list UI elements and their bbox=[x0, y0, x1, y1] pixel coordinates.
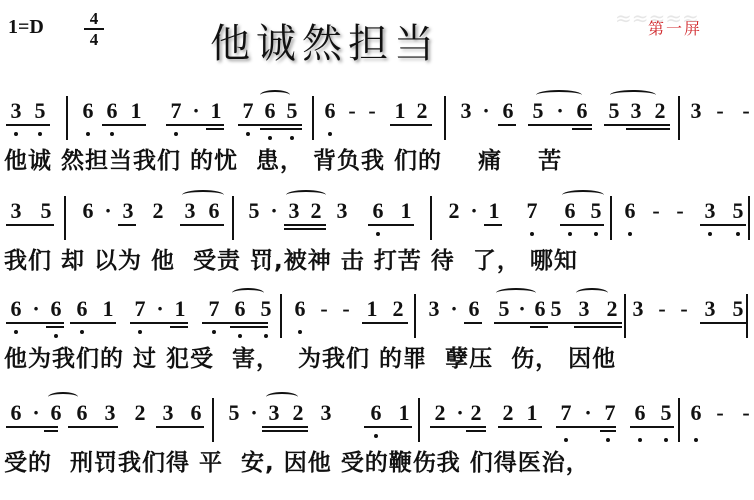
underline bbox=[70, 322, 116, 324]
note: 1 bbox=[172, 296, 188, 322]
note: 6 bbox=[292, 296, 308, 322]
slur bbox=[182, 190, 224, 200]
underline bbox=[170, 326, 188, 328]
note: 1 bbox=[398, 198, 414, 224]
barline bbox=[430, 196, 432, 240]
underline bbox=[530, 326, 548, 328]
note: 6 bbox=[74, 296, 90, 322]
low-octave-dot bbox=[246, 132, 250, 136]
underline bbox=[630, 426, 674, 428]
note: 5 bbox=[730, 296, 746, 322]
note: 7 bbox=[132, 296, 148, 322]
note: 3 bbox=[8, 198, 24, 224]
underline bbox=[68, 426, 118, 428]
note: 3 bbox=[8, 98, 24, 124]
underline bbox=[284, 224, 326, 226]
underline bbox=[700, 322, 746, 324]
key-signature: 1=D bbox=[8, 16, 44, 39]
hold-dash: - bbox=[672, 198, 688, 224]
low-octave-dot bbox=[174, 132, 178, 136]
notation-row: 356·32365·323612·17656--35 bbox=[0, 192, 754, 236]
note: 1 bbox=[100, 296, 116, 322]
note: 2 bbox=[652, 98, 668, 124]
dot-rhythm: · bbox=[28, 296, 44, 322]
dot-rhythm: · bbox=[152, 296, 168, 322]
underline bbox=[546, 322, 622, 324]
note: 6 bbox=[80, 198, 96, 224]
note: 3 bbox=[702, 296, 718, 322]
slur bbox=[610, 90, 656, 100]
low-octave-dot bbox=[664, 438, 668, 442]
low-octave-dot bbox=[708, 232, 712, 236]
hold-dash: - bbox=[712, 400, 728, 426]
note: 5 bbox=[730, 198, 746, 224]
dot-rhythm: · bbox=[478, 98, 494, 124]
barline bbox=[66, 96, 68, 140]
underline bbox=[484, 224, 502, 226]
underline bbox=[6, 322, 64, 324]
underline bbox=[466, 430, 486, 432]
low-octave-dot bbox=[264, 334, 268, 338]
note: 2 bbox=[604, 296, 620, 322]
note: 6 bbox=[206, 198, 222, 224]
underline bbox=[180, 224, 224, 226]
barline bbox=[624, 294, 626, 338]
low-octave-dot bbox=[138, 330, 142, 334]
low-octave-dot bbox=[298, 330, 302, 334]
underline bbox=[626, 128, 670, 130]
underline bbox=[262, 430, 308, 432]
slur bbox=[48, 392, 78, 402]
underline bbox=[260, 128, 302, 130]
slur bbox=[536, 90, 582, 100]
note: 1 bbox=[208, 98, 224, 124]
note: 6 bbox=[574, 98, 590, 124]
note: 2 bbox=[290, 400, 306, 426]
dot-rhythm: · bbox=[100, 198, 116, 224]
underline bbox=[600, 430, 616, 432]
low-octave-dot bbox=[290, 136, 294, 140]
note: 2 bbox=[468, 400, 484, 426]
underline bbox=[202, 322, 268, 324]
hold-dash: - bbox=[364, 98, 380, 124]
note: 7 bbox=[206, 296, 222, 322]
note: 6 bbox=[48, 296, 64, 322]
underline bbox=[6, 426, 58, 428]
note: 5 bbox=[258, 296, 274, 322]
low-octave-dot bbox=[268, 136, 272, 140]
note: 6 bbox=[368, 400, 384, 426]
lyrics-line-4: 受的 刑罚我们得 平 安, 因他 受的鞭伤我 们得医治， bbox=[4, 444, 590, 477]
note: 7 bbox=[168, 98, 184, 124]
underline bbox=[6, 124, 50, 126]
note: 3 bbox=[266, 400, 282, 426]
time-signature-bottom: 4 bbox=[84, 31, 104, 48]
dot-rhythm: · bbox=[188, 98, 204, 124]
barline bbox=[746, 294, 748, 338]
underline bbox=[262, 426, 308, 428]
note: 5 bbox=[658, 400, 674, 426]
note: 2 bbox=[132, 400, 148, 426]
dot-rhythm: · bbox=[446, 296, 462, 322]
notation-row: 6·6632365·323612·2217·7656-- bbox=[0, 394, 754, 438]
low-octave-dot bbox=[638, 438, 642, 442]
underline bbox=[700, 224, 746, 226]
slur bbox=[496, 288, 536, 298]
underline bbox=[364, 426, 412, 428]
note: 6 bbox=[48, 400, 64, 426]
note: 1 bbox=[396, 400, 412, 426]
slur bbox=[260, 90, 290, 100]
note: 1 bbox=[128, 98, 144, 124]
note: 1 bbox=[364, 296, 380, 322]
note: 6 bbox=[188, 400, 204, 426]
note: 5 bbox=[284, 98, 300, 124]
hold-dash: - bbox=[738, 400, 754, 426]
notation-row: 6·6617·17656--123·65·65323--35 bbox=[0, 290, 754, 334]
note: 7 bbox=[524, 198, 540, 224]
underline bbox=[230, 326, 268, 328]
note: 6 bbox=[104, 98, 120, 124]
note: 5 bbox=[496, 296, 512, 322]
underline bbox=[556, 426, 616, 428]
screen-label: 第一屏 bbox=[648, 16, 702, 39]
low-octave-dot bbox=[80, 330, 84, 334]
dot-rhythm: · bbox=[246, 400, 262, 426]
underline bbox=[574, 326, 622, 328]
song-title: 他诚然担当 bbox=[210, 12, 440, 69]
dot-rhythm: · bbox=[266, 198, 282, 224]
underline bbox=[102, 124, 146, 126]
note: 2 bbox=[500, 400, 516, 426]
time-signature: 4 4 bbox=[84, 10, 104, 48]
slur bbox=[232, 288, 264, 298]
low-octave-dot bbox=[606, 438, 610, 442]
note: 3 bbox=[688, 98, 704, 124]
low-octave-dot bbox=[376, 232, 380, 236]
note: 7 bbox=[240, 98, 256, 124]
underline bbox=[156, 426, 204, 428]
low-octave-dot bbox=[628, 232, 632, 236]
underline bbox=[464, 322, 482, 324]
note: 6 bbox=[500, 98, 516, 124]
note: 6 bbox=[562, 198, 578, 224]
barline bbox=[64, 196, 66, 240]
note: 3 bbox=[576, 296, 592, 322]
hold-dash: - bbox=[648, 198, 664, 224]
score-line-2: 356·32365·323612·17656--35 我们 却 以为 他 受责 … bbox=[0, 192, 754, 236]
note: 6 bbox=[232, 296, 248, 322]
underline bbox=[604, 124, 670, 126]
note: 7 bbox=[558, 400, 574, 426]
note: 5 bbox=[226, 400, 242, 426]
barline bbox=[678, 96, 680, 140]
note: 2 bbox=[414, 98, 430, 124]
slur bbox=[562, 190, 604, 200]
slur bbox=[576, 288, 608, 298]
note: 6 bbox=[466, 296, 482, 322]
underline bbox=[46, 326, 64, 328]
note: 6 bbox=[532, 296, 548, 322]
note: 3 bbox=[426, 296, 442, 322]
underline bbox=[166, 124, 224, 126]
dot-rhythm: · bbox=[466, 198, 482, 224]
underline bbox=[206, 128, 224, 130]
note: 7 bbox=[602, 400, 618, 426]
note: 3 bbox=[458, 98, 474, 124]
note: 1 bbox=[524, 400, 540, 426]
barline bbox=[232, 196, 234, 240]
score-line-4: 6·6632365·323612·2217·7656-- 受的 刑罚我们得 平 … bbox=[0, 394, 754, 438]
barline bbox=[280, 294, 282, 338]
dot-rhythm: · bbox=[552, 98, 568, 124]
note: 3 bbox=[286, 198, 302, 224]
note: 3 bbox=[628, 98, 644, 124]
slur bbox=[266, 392, 298, 402]
hold-dash: - bbox=[316, 296, 332, 322]
low-octave-dot bbox=[594, 232, 598, 236]
underline bbox=[528, 124, 592, 126]
low-octave-dot bbox=[38, 132, 42, 136]
note: 6 bbox=[80, 98, 96, 124]
underline bbox=[430, 426, 486, 428]
underline bbox=[390, 124, 432, 126]
barline bbox=[312, 96, 314, 140]
hold-dash: - bbox=[344, 98, 360, 124]
note: 3 bbox=[334, 198, 350, 224]
dot-rhythm: · bbox=[580, 400, 596, 426]
note: 2 bbox=[432, 400, 448, 426]
low-octave-dot bbox=[328, 132, 332, 136]
low-octave-dot bbox=[374, 434, 378, 438]
score-header: ≈≈≈≈≈ 1=D 4 4 他诚然担当 第一屏 bbox=[0, 0, 754, 80]
barline bbox=[444, 96, 446, 140]
underline bbox=[6, 224, 54, 226]
hold-dash: - bbox=[738, 98, 754, 124]
underline bbox=[284, 228, 326, 230]
low-octave-dot bbox=[14, 132, 18, 136]
barline bbox=[748, 196, 750, 240]
note: 6 bbox=[74, 400, 90, 426]
barline bbox=[678, 398, 680, 442]
low-octave-dot bbox=[14, 330, 18, 334]
note: 6 bbox=[632, 400, 648, 426]
note: 6 bbox=[370, 198, 386, 224]
underline bbox=[130, 322, 188, 324]
note: 5 bbox=[32, 98, 48, 124]
low-octave-dot bbox=[54, 334, 58, 338]
barline bbox=[212, 398, 214, 442]
note: 5 bbox=[548, 296, 564, 322]
note: 6 bbox=[622, 198, 638, 224]
low-octave-dot bbox=[694, 438, 698, 442]
barline bbox=[414, 294, 416, 338]
note: 3 bbox=[630, 296, 646, 322]
barline bbox=[610, 196, 612, 240]
underline bbox=[118, 224, 136, 226]
hold-dash: - bbox=[654, 296, 670, 322]
note: 6 bbox=[688, 400, 704, 426]
lyrics-line-3: 他为我们的 过 犯受 害， 为我们 的罪 孽压 伤， 因他 bbox=[4, 340, 616, 373]
hold-dash: - bbox=[712, 98, 728, 124]
dot-rhythm: · bbox=[28, 400, 44, 426]
note: 3 bbox=[702, 198, 718, 224]
note: 2 bbox=[446, 198, 462, 224]
hold-dash: - bbox=[676, 296, 692, 322]
slur bbox=[286, 190, 326, 200]
note: 2 bbox=[150, 198, 166, 224]
underline bbox=[498, 426, 542, 428]
low-octave-dot bbox=[530, 232, 534, 236]
low-octave-dot bbox=[736, 232, 740, 236]
note: 5 bbox=[588, 198, 604, 224]
score-line-3: 6·6617·17656--123·65·65323--35 他为我们的 过 犯… bbox=[0, 290, 754, 334]
underline bbox=[560, 224, 604, 226]
score-line-1: 356617·17656--123·65·65323-- 他诚 然担当我们 的忧… bbox=[0, 92, 754, 136]
note: 2 bbox=[390, 296, 406, 322]
note: 2 bbox=[308, 198, 324, 224]
dot-rhythm: · bbox=[452, 400, 468, 426]
underline bbox=[368, 224, 414, 226]
low-octave-dot bbox=[212, 330, 216, 334]
note: 5 bbox=[530, 98, 546, 124]
note: 3 bbox=[102, 400, 118, 426]
note: 6 bbox=[8, 296, 24, 322]
barline bbox=[418, 398, 420, 442]
note: 3 bbox=[160, 400, 176, 426]
lyrics-line-1: 他诚 然担当我们 的忧 患， 背负我 们的 痛 苦 bbox=[4, 142, 562, 175]
underline bbox=[44, 430, 58, 432]
note: 3 bbox=[120, 198, 136, 224]
note: 6 bbox=[322, 98, 338, 124]
note: 5 bbox=[246, 198, 262, 224]
underline bbox=[238, 124, 302, 126]
underline bbox=[498, 124, 516, 126]
underline bbox=[572, 128, 592, 130]
low-octave-dot bbox=[568, 232, 572, 236]
note: 6 bbox=[8, 400, 24, 426]
hold-dash: - bbox=[338, 296, 354, 322]
time-signature-top: 4 bbox=[84, 10, 104, 27]
underline bbox=[494, 322, 548, 324]
low-octave-dot bbox=[564, 438, 568, 442]
low-octave-dot bbox=[110, 132, 114, 136]
note: 6 bbox=[262, 98, 278, 124]
note: 1 bbox=[486, 198, 502, 224]
note: 5 bbox=[606, 98, 622, 124]
dot-rhythm: · bbox=[514, 296, 530, 322]
note: 3 bbox=[182, 198, 198, 224]
note: 5 bbox=[38, 198, 54, 224]
note: 3 bbox=[318, 400, 334, 426]
note: 1 bbox=[392, 98, 408, 124]
lyrics-line-2: 我们 却 以为 他 受责 罚,被神 击 打苦 待 了， 哪知 bbox=[4, 242, 578, 275]
low-octave-dot bbox=[86, 132, 90, 136]
low-octave-dot bbox=[238, 334, 242, 338]
underline bbox=[362, 322, 408, 324]
